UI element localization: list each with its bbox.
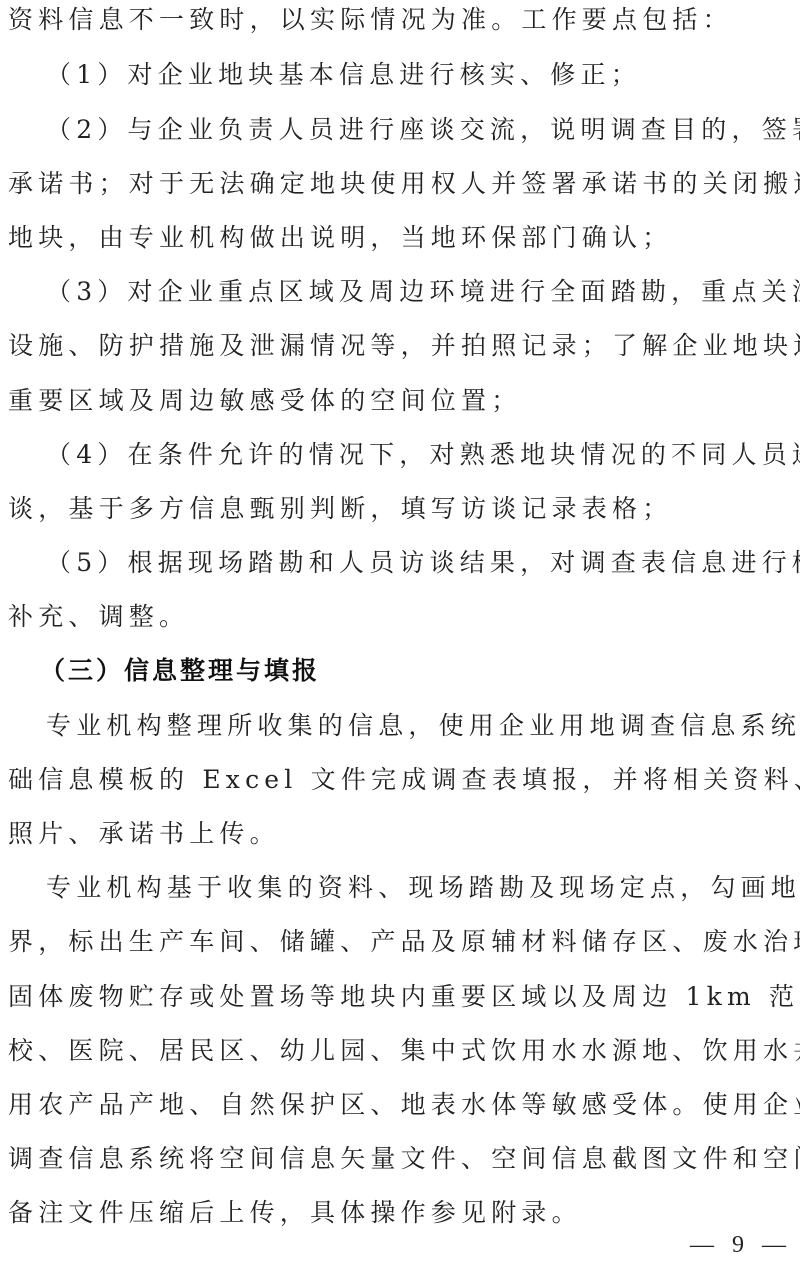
paragraph-line: 校、医院、居民区、幼儿园、集中式饮用水水源地、饮用水井、食 (8, 1031, 792, 1071)
paragraph-line: 备注文件压缩后上传，具体操作参见附录。 (8, 1193, 792, 1233)
section-heading: （三）信息整理与填报 (40, 651, 800, 691)
list-item-3: （3）对企业重点区域及周边环境进行全面踏勘，重点关注地下 (46, 272, 800, 312)
paragraph-line: 谈，基于多方信息甄别判断，填写访谈记录表格； (8, 489, 792, 529)
list-item-2: （2）与企业负责人员进行座谈交流，说明调查目的，签署企业 (46, 110, 800, 150)
paragraph-line: 界，标出生产车间、储罐、产品及原辅材料储存区、废水治理区、 (8, 922, 792, 962)
list-item-4: （4）在条件允许的情况下，对熟悉地块情况的不同人员进行访 (46, 435, 800, 475)
paragraph-line: 承诺书；对于无法确定地块使用权人并签署承诺书的关闭搬迁企业 (8, 164, 792, 204)
paragraph-line: 用农产品产地、自然保护区、地表水体等敏感受体。使用企业用地 (8, 1085, 792, 1125)
paragraph-line: 设施、防护措施及泄漏情况等，并拍照记录；了解企业地块边界、 (8, 326, 792, 366)
paragraph-line: 资料信息不一致时，以实际情况为准。工作要点包括： (8, 0, 792, 40)
list-item-1: （1）对企业地块基本信息进行核实、修正； (46, 55, 800, 95)
paragraph-line: 固体废物贮存或处置场等地块内重要区域以及周边 1km 范围内的学 (8, 977, 792, 1017)
paragraph-line: 重要区域及周边敏感受体的空间位置； (8, 381, 792, 421)
paragraph-line: 补充、调整。 (8, 597, 792, 637)
paragraph-line: 调查信息系统将空间信息矢量文件、空间信息截图文件和空间信息 (8, 1139, 792, 1179)
page-number: — 9 — (690, 1232, 792, 1259)
paragraph-line: 专业机构整理所收集的信息，使用企业用地调查信息系统或基 (46, 706, 800, 746)
paragraph-line: 照片、承诺书上传。 (8, 814, 792, 854)
list-item-5: （5）根据现场踏勘和人员访谈结果，对调查表信息进行核实、 (46, 543, 800, 583)
document-page: 资料信息不一致时，以实际情况为准。工作要点包括： （1）对企业地块基本信息进行核… (0, 0, 800, 1271)
paragraph-line: 础信息模板的 Excel 文件完成调查表填报，并将相关资料、记录、 (8, 760, 792, 800)
paragraph-line: 地块，由专业机构做出说明，当地环保部门确认； (8, 218, 792, 258)
paragraph-line: 专业机构基于收集的资料、现场踏勘及现场定点，勾画地块边 (46, 868, 800, 908)
